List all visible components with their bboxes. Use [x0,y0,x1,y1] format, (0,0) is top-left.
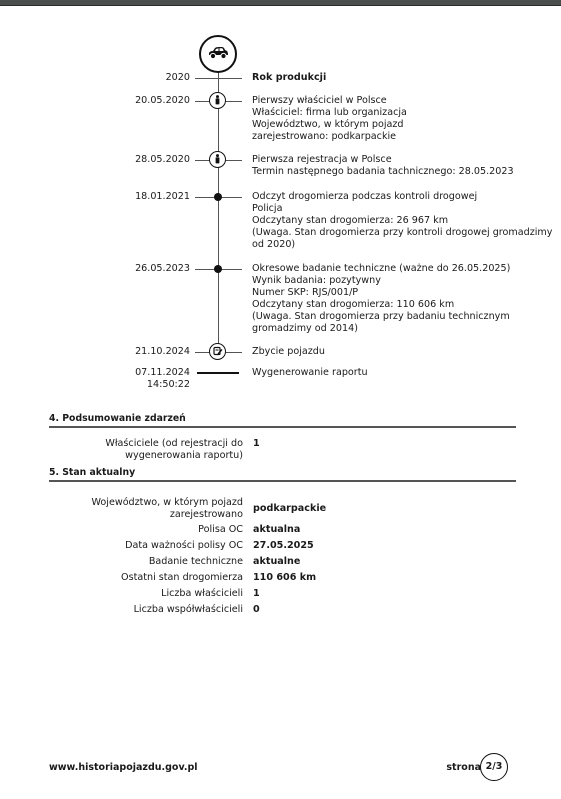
footer-website-link[interactable]: www.historiapojazdu.gov.pl [49,762,198,774]
section-title-current-status: 5. Stan aktualny [49,467,516,482]
dot-marker-icon [214,193,222,201]
vehicle-timeline: 2020 Rok produkcji 20.05.2020 Pierwszy w… [0,0,561,400]
row-label: Badanie techniczne [63,556,243,568]
page-label: strona [446,762,481,774]
row-value: 1 [253,438,260,450]
page-number: 2/3 [480,753,508,781]
event-date: 2020 [80,72,190,84]
row-value: podkarpackie [253,503,326,515]
event-description: Pierwszy właściciel w Polsce Właściciel:… [252,95,532,143]
person-icon [209,92,226,109]
row-value: 0 [253,604,260,616]
event-description: Pierwsza rejestracja w Polsce Termin nas… [252,154,532,178]
row-label: Właściciele (od rejestracji do wygenerow… [63,438,243,462]
event-date: 28.05.2020 [80,154,190,166]
row-value: 1 [253,588,260,600]
event-date: 20.05.2020 [80,95,190,107]
event-description: Okresowe badanie techniczne (ważne do 26… [252,263,532,335]
event-description: Zbycie pojazdu [252,346,532,358]
event-tick [195,78,242,79]
event-date: 21.10.2024 [80,346,190,358]
row-value: 27.05.2025 [253,540,314,552]
person-icon [209,151,226,168]
timeline-end-bar [197,372,239,374]
event-description: Wygenerowanie raportu [252,367,532,379]
row-value: aktualna [253,524,300,536]
event-description: Odczyt drogomierza podczas kontroli drog… [252,191,532,251]
row-value: 110 606 km [253,572,316,584]
row-value: aktualne [253,556,300,568]
event-date: 07.11.2024 14:50:22 [80,367,190,391]
car-icon [199,35,237,73]
dot-marker-icon [214,265,222,273]
event-date: 26.05.2023 [80,263,190,275]
row-label: Polisa OC [63,524,243,536]
event-description: Rok produkcji [252,72,532,84]
row-label: Ostatni stan drogomierza [63,572,243,584]
row-label: Województwo, w którym pojazd zarejestrow… [63,497,243,521]
row-label: Data ważności polisy OC [63,540,243,552]
document-edit-icon [209,343,226,360]
timeline-axis [218,68,219,348]
row-label: Liczba właścicieli [63,588,243,600]
section-title-summary: 4. Podsumowanie zdarzeń [49,413,516,428]
event-date: 18.01.2021 [80,191,190,203]
row-label: Liczba współwłaścicieli [63,604,243,616]
